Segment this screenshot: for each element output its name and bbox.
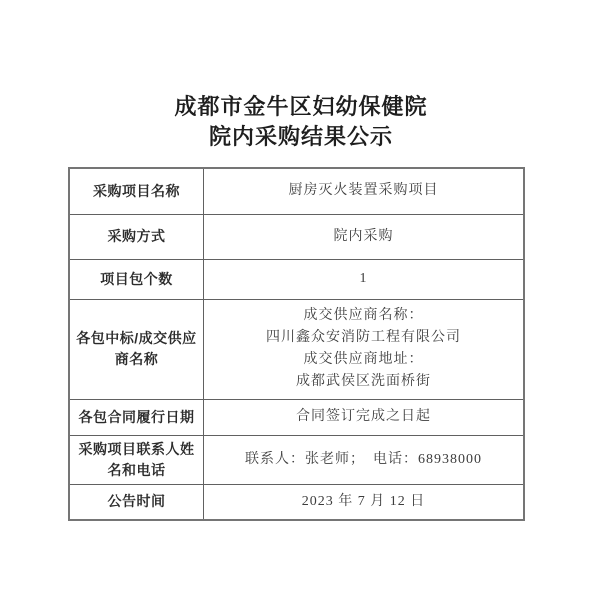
document-page: 成都市金牛区妇幼保健院 院内采购结果公示 采购项目名称 厨房灭火装置采购项目 采… <box>0 0 602 611</box>
row-label-cell: 各包中标/成交供应 商名称 <box>69 299 204 399</box>
label-line: 商名称 <box>74 349 199 370</box>
label-line: 采购项目联系人姓 <box>74 439 199 460</box>
table-row: 采购方式 院内采购 <box>69 214 524 259</box>
table-row: 各包中标/成交供应 商名称 成交供应商名称： 四川鑫众安消防工程有限公司 成交供… <box>69 299 524 399</box>
row-label-cell: 采购项目联系人姓 名和电话 <box>69 435 204 484</box>
row-value-cell: 成交供应商名称： 四川鑫众安消防工程有限公司 成交供应商地址： 成都武侯区洗面桥… <box>204 299 525 399</box>
row-value-cell: 合同签订完成之日起 <box>204 399 525 435</box>
value-line: 成交供应商名称： <box>208 305 519 327</box>
value-line: 成都武侯区洗面桥街 <box>208 371 519 393</box>
row-value-cell: 厨房灭火装置采购项目 <box>204 168 525 214</box>
label-line: 项目包个数 <box>74 269 199 290</box>
page-title-line-1: 成都市金牛区妇幼保健院 <box>0 92 602 122</box>
value-line: 合同签订完成之日起 <box>208 406 519 428</box>
value-line: 2023 年 7 月 12 日 <box>208 491 519 513</box>
row-value-cell: 联系人：张老师； 电话：68938000 <box>204 435 525 484</box>
page-title-line-2: 院内采购结果公示 <box>0 122 602 152</box>
table-row: 采购项目名称 厨房灭火装置采购项目 <box>69 168 524 214</box>
row-label-cell: 采购方式 <box>69 214 204 259</box>
label-line: 各包合同履行日期 <box>74 407 199 428</box>
label-line: 各包中标/成交供应 <box>74 328 199 349</box>
label-line: 采购项目名称 <box>74 181 199 202</box>
label-line: 公告时间 <box>74 491 199 512</box>
value-line: 1 <box>208 268 519 290</box>
label-line: 名和电话 <box>74 460 199 481</box>
row-label-cell: 采购项目名称 <box>69 168 204 214</box>
row-label-cell: 项目包个数 <box>69 259 204 299</box>
row-value-cell: 1 <box>204 259 525 299</box>
value-line: 厨房灭火装置采购项目 <box>208 180 519 202</box>
page-title: 成都市金牛区妇幼保健院 院内采购结果公示 <box>0 92 602 152</box>
value-line: 成交供应商地址： <box>208 349 519 371</box>
label-line: 采购方式 <box>74 226 199 247</box>
table-row: 采购项目联系人姓 名和电话 联系人：张老师； 电话：68938000 <box>69 435 524 484</box>
row-value-cell: 院内采购 <box>204 214 525 259</box>
table-row: 公告时间 2023 年 7 月 12 日 <box>69 484 524 520</box>
row-label-cell: 各包合同履行日期 <box>69 399 204 435</box>
value-line: 联系人：张老师； 电话：68938000 <box>208 449 519 471</box>
value-line: 院内采购 <box>208 226 519 248</box>
row-value-cell: 2023 年 7 月 12 日 <box>204 484 525 520</box>
row-label-cell: 公告时间 <box>69 484 204 520</box>
table-row: 项目包个数 1 <box>69 259 524 299</box>
table-row: 各包合同履行日期 合同签订完成之日起 <box>69 399 524 435</box>
procurement-result-table: 采购项目名称 厨房灭火装置采购项目 采购方式 院内采购 项目包个数 <box>68 167 525 521</box>
value-line: 四川鑫众安消防工程有限公司 <box>208 327 519 349</box>
